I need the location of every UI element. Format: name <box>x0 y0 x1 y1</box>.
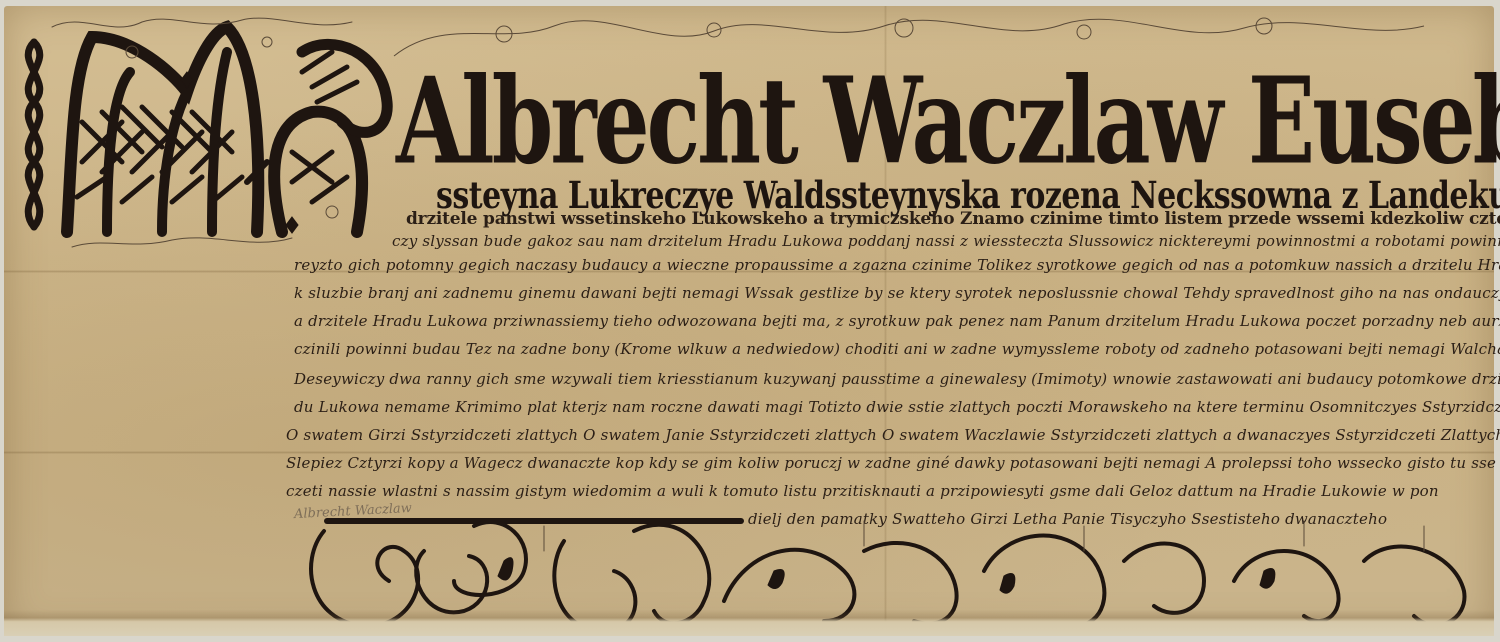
text-line: Deseywiczy dwa ranny gich sme wzywali ti… <box>294 370 1500 388</box>
text-line: reyzto gich potomny gegich naczasy budau… <box>294 256 1500 274</box>
text-line: k sluzbie branj ani zadnemu ginemu dawan… <box>294 284 1500 302</box>
text-line: Slepiez Cztyrzi kopy a Wagecz dwanaczte … <box>286 454 1496 472</box>
charter-parchment: Albrecht Waczlaw Eusebius z Wald ssteyna… <box>4 6 1494 636</box>
text-line: a drzitele Hradu Lukowa prziwnassiemy ti… <box>294 312 1500 330</box>
text-line: O swatem Girzi Sstyrzidczeti zlattych O … <box>286 426 1500 444</box>
parchment-edge <box>4 610 1494 636</box>
text-line: czinili powinni budau Tez na zadne bony … <box>294 340 1500 358</box>
text-line: du Lukowa nemame Krimimo plat kterjz nam… <box>294 398 1500 416</box>
text-line: czeti nassie wlastni s nassim gistym wie… <box>286 482 1439 500</box>
text-line: drzitele panstwi wssetinskeho Lukowskeho… <box>406 209 1500 229</box>
text-line: czy slyssan bude gakoz sau nam drzitelum… <box>392 232 1500 250</box>
